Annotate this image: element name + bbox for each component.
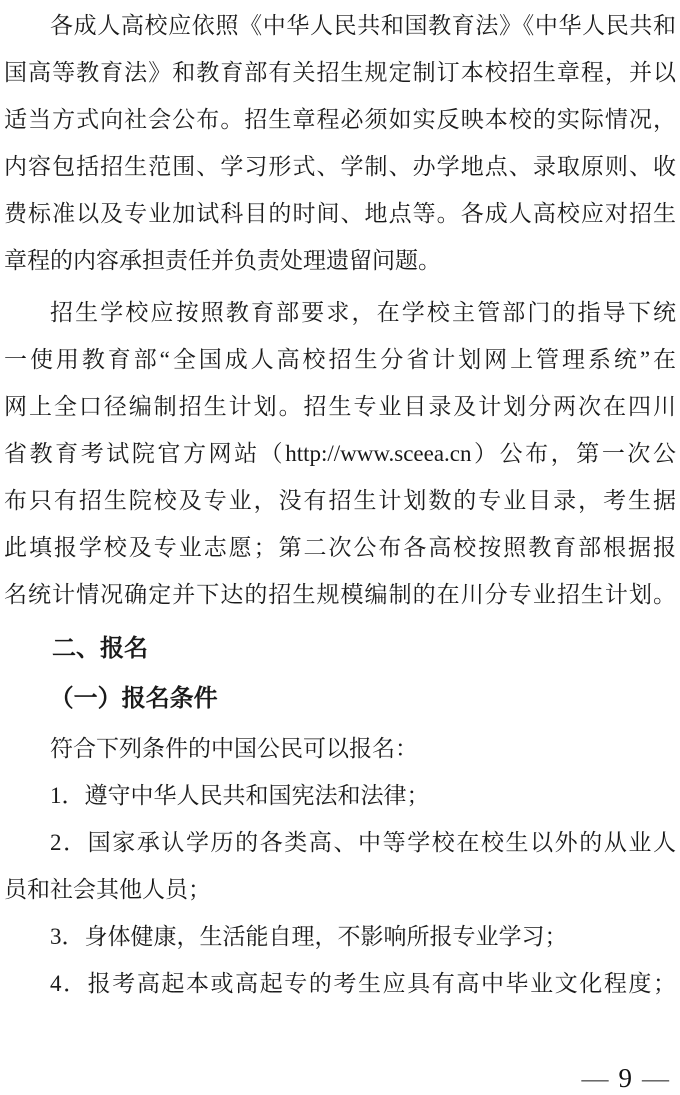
document-page: 各成人高校应依照《中华人民共和国教育法》《中华人民共和 国高等教育法》和教育部有… <box>0 0 680 1095</box>
paragraph1-line: 费标准以及专业加试科目的时间、地点等。各成人高校应对招生 <box>4 190 676 237</box>
subsection-heading: （一）报名条件 <box>4 676 676 723</box>
page-number-value: 9 <box>619 1063 634 1093</box>
paragraph2-line: 网上全口径编制招生计划。招生专业目录及计划分两次在四川 <box>4 383 676 430</box>
condition-item-3: 3．身体健康，生活能自理，不影响所报专业学习； <box>4 913 676 960</box>
paragraph1-line: 章程的内容承担责任并负责处理遗留问题。 <box>4 237 676 284</box>
paragraph2-line: 名统计情况确定并下达的招生规模编制的在川分专业招生计划。 <box>4 571 676 618</box>
paragraph2-line: 招生学校应按照教育部要求，在学校主管部门的指导下统 <box>4 289 676 336</box>
condition-item-2-line-2: 员和社会其他人员； <box>4 866 676 913</box>
paragraph1-line: 国高等教育法》和教育部有关招生规定制订本校招生章程，并以 <box>4 49 676 96</box>
page-number: —9— <box>582 1063 671 1093</box>
section-heading: 二、报名 <box>4 625 676 672</box>
paragraph2-line: 省教育考试院官方网站（http://www.sceea.cn）公布，第一次公 <box>4 430 676 477</box>
paragraph2-line: 此填报学校及专业志愿；第二次公布各高校按照教育部根据报 <box>4 524 676 571</box>
condition-item-4: 4．报考高起本或高起专的考生应具有高中毕业文化程度； <box>4 960 676 1007</box>
paragraph2-line: 布只有招生院校及专业，没有招生计划数的专业目录，考生据 <box>4 477 676 524</box>
paragraph2-line: 一使用教育部“全国成人高校招生分省计划网上管理系统”在 <box>4 336 676 383</box>
paragraph1-line: 内容包括招生范围、学习形式、学制、办学地点、录取原则、收 <box>4 143 676 190</box>
conditions-intro-line: 符合下列条件的中国公民可以报名： <box>4 725 676 772</box>
condition-item-2-line-1: 2．国家承认学历的各类高、中等学校在校生以外的从业人 <box>4 819 676 866</box>
condition-item-1: 1．遵守中华人民共和国宪法和法律； <box>4 772 676 819</box>
page-number-dash-left: — <box>582 1063 610 1093</box>
page-number-dash-right: — <box>642 1063 670 1093</box>
paragraph1-line: 适当方式向社会公布。招生章程必须如实反映本校的实际情况， <box>4 96 676 143</box>
paragraph1-line: 各成人高校应依照《中华人民共和国教育法》《中华人民共和 <box>4 2 676 49</box>
